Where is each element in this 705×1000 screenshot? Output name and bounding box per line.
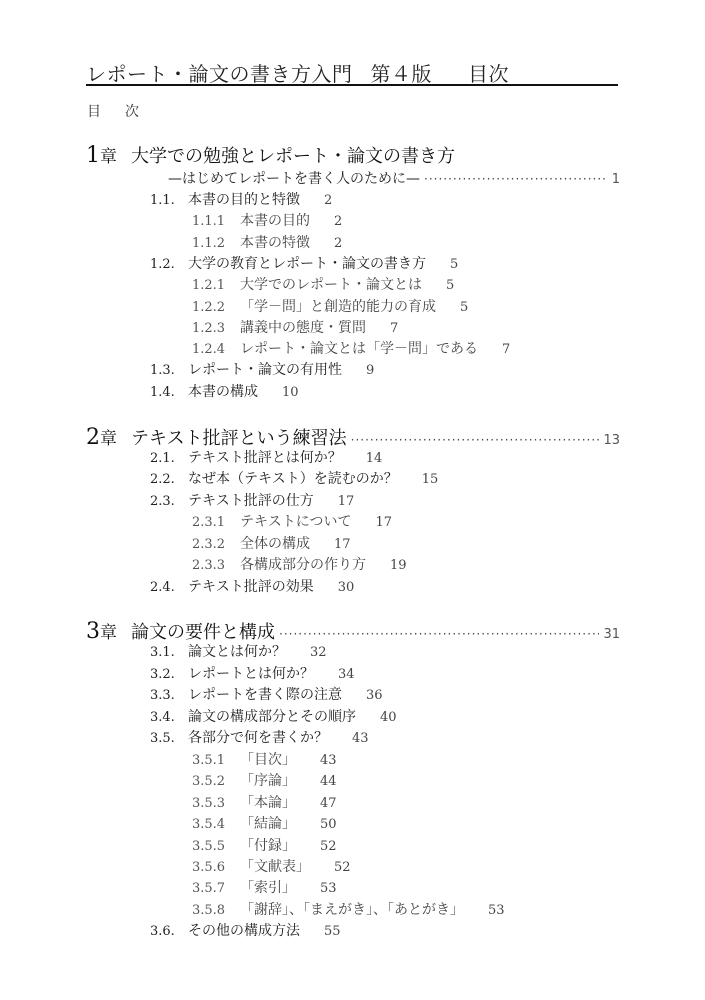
section-number: 3.3.: [150, 688, 188, 703]
section-title: レポートを書く際の注意: [188, 687, 342, 703]
toc-section[interactable]: 3.1.論文とは何か？32: [150, 641, 327, 661]
page-number: 52: [320, 839, 337, 854]
section-number: 1.2.: [150, 257, 188, 272]
section-number: 3.5.: [150, 731, 188, 746]
subsection-number: 2.3.3: [192, 558, 240, 573]
toc-subsection[interactable]: 3.5.2「序論」44: [192, 770, 337, 790]
section-number: 1.4.: [150, 385, 188, 400]
subsection-title: 「目次」: [240, 752, 296, 768]
section-number: 3.6.: [150, 924, 188, 939]
toc-subsection[interactable]: 1.2.1大学でのレポート・論文とは5: [192, 274, 454, 294]
page-number: 34: [338, 667, 355, 682]
subsection-number: 1.2.4: [192, 342, 240, 357]
page-number: 17: [334, 537, 351, 552]
toc-subsection[interactable]: 3.5.7「索引」53: [192, 877, 337, 897]
page-number: 31: [603, 627, 620, 642]
toc-section[interactable]: 2.3.テキスト批評の仕方17: [150, 490, 354, 510]
page-number: 17: [338, 494, 355, 509]
header-section-label: 目次: [468, 62, 509, 86]
section-number: 3.1.: [150, 645, 188, 660]
subsection-number: 2.3.2: [192, 537, 240, 552]
page-number: 1: [612, 172, 620, 187]
toc-heading: 目次: [87, 101, 139, 121]
section-title: テキスト批評の仕方: [188, 493, 314, 509]
chapter-suffix: 章: [100, 618, 117, 643]
chapter-suffix: 章: [100, 424, 117, 449]
toc-chapter-1[interactable]: 1章 大学での勉強とレポート・論文の書き方: [86, 142, 620, 168]
subsection-number: 3.5.4: [192, 817, 240, 832]
subsection-title: 「謝辞」、「まえがき」、「あとがき」: [240, 902, 464, 918]
page-number: 14: [366, 451, 383, 466]
chapter-suffix: 章: [100, 142, 117, 167]
toc-subsection[interactable]: 1.2.3講義中の態度・質問7: [192, 317, 398, 337]
section-title: 本書の目的と特徴: [188, 192, 300, 208]
page-number: 7: [502, 342, 510, 357]
toc-section[interactable]: 3.5.各部分で何を書くか？43: [150, 727, 369, 747]
subsection-title: 本書の目的: [240, 213, 310, 229]
toc-section[interactable]: 1.4.本書の構成10: [150, 381, 299, 401]
toc-subsection[interactable]: 2.3.1テキストについて17: [192, 511, 392, 531]
section-title: レポート・論文の有用性: [188, 362, 342, 378]
section-number: 2.3.: [150, 494, 188, 509]
page-number: 2: [324, 193, 332, 208]
subsection-number: 3.5.3: [192, 796, 240, 811]
leader-dots: [279, 627, 599, 641]
toc-subsection[interactable]: 2.3.2全体の構成17: [192, 533, 351, 553]
toc-subsection[interactable]: 3.5.4「結論」50: [192, 813, 337, 833]
page-number: 53: [320, 881, 337, 896]
page-number: 36: [366, 688, 383, 703]
toc-subsection[interactable]: 1.2.2「学－問」と創造的能力の育成5: [192, 296, 468, 316]
page-number: 50: [320, 817, 337, 832]
page-number: 32: [310, 645, 327, 660]
page-number: 40: [380, 710, 397, 725]
subsection-number: 3.5.1: [192, 753, 240, 768]
subsection-number: 1.1.1: [192, 214, 240, 229]
page-number: 43: [320, 753, 337, 768]
page-number: 44: [320, 774, 337, 789]
subsection-number: 1.2.2: [192, 300, 240, 315]
toc-section[interactable]: 3.3.レポートを書く際の注意36: [150, 684, 383, 704]
page-number: 53: [488, 903, 505, 918]
section-title: その他の構成方法: [188, 923, 300, 939]
toc-subsection[interactable]: 3.5.1「目次」43: [192, 749, 337, 769]
section-number: 1.3.: [150, 363, 188, 378]
toc-heading-char: 次: [125, 104, 139, 120]
toc-subsection[interactable]: 3.5.3「本論」47: [192, 792, 337, 812]
section-number: 2.1.: [150, 451, 188, 466]
page-number: 5: [450, 257, 458, 272]
subsection-number: 3.5.7: [192, 881, 240, 896]
page-number: 2: [334, 236, 342, 251]
subsection-title: 「学－問」と創造的能力の育成: [240, 299, 436, 315]
page-number: 2: [334, 214, 342, 229]
section-title: テキスト批評の効果: [188, 579, 314, 595]
section-number: 1.1.: [150, 193, 188, 208]
subsection-title: 本書の特徴: [240, 235, 310, 251]
page-number: 43: [352, 731, 369, 746]
page-number: 10: [282, 385, 299, 400]
section-title: 本書の構成: [188, 384, 258, 400]
subsection-title: テキストについて: [240, 514, 351, 530]
leader-dots: [351, 433, 600, 447]
toc-section[interactable]: 3.2.レポートとは何か？34: [150, 663, 355, 683]
page-number: 30: [338, 580, 355, 595]
subsection-number: 3.5.2: [192, 774, 240, 789]
page-number: 52: [334, 860, 351, 875]
page-number: 5: [446, 278, 454, 293]
section-number: 3.2.: [150, 667, 188, 682]
section-number: 2.2.: [150, 472, 188, 487]
subsection-title: 「本論」: [240, 795, 296, 811]
book-title: レポート・論文の書き方入門: [86, 62, 353, 86]
toc-section[interactable]: 1.3.レポート・論文の有用性9: [150, 359, 374, 379]
subsection-title: 「索引」: [240, 880, 296, 896]
chapter-subtitle: —はじめてレポートを書く人のために—: [168, 168, 420, 188]
toc-section[interactable]: 3.4.論文の構成部分とその順序40: [150, 706, 397, 726]
subsection-title: 「付録」: [240, 838, 296, 854]
subsection-title: 「文献表」: [240, 859, 310, 875]
toc-subsection[interactable]: 3.5.8「謝辞」、「まえがき」、「あとがき」53: [192, 899, 505, 919]
page-number: 55: [324, 924, 341, 939]
subsection-number: 2.3.1: [192, 515, 240, 530]
toc-subsection[interactable]: 1.1.1本書の目的2: [192, 210, 342, 230]
subsection-number: 1.2.3: [192, 321, 240, 336]
page-number: 7: [390, 321, 398, 336]
subsection-number: 3.5.6: [192, 860, 240, 875]
subsection-title: 「結論」: [240, 816, 296, 832]
subsection-title: 全体の構成: [240, 536, 310, 552]
chapter-number: 1: [86, 143, 100, 168]
subsection-title: 各構成部分の作り方: [240, 557, 366, 573]
toc-section[interactable]: 2.4.テキスト批評の効果30: [150, 576, 354, 596]
page-number: 9: [366, 363, 374, 378]
section-title: 各部分で何を書くか？: [188, 730, 328, 746]
toc-subsection[interactable]: 1.1.2本書の特徴2: [192, 232, 342, 252]
toc-section[interactable]: 1.2.大学の教育とレポート・論文の書き方5: [150, 253, 458, 273]
subsection-title: 「序論」: [240, 773, 296, 789]
page-number: 19: [390, 558, 407, 573]
subsection-number: 3.5.5: [192, 839, 240, 854]
toc-subsection[interactable]: 1.2.4レポート・論文とは「学－問」である7: [192, 338, 510, 358]
subsection-number: 1.1.2: [192, 236, 240, 251]
page-number: 13: [603, 433, 620, 448]
leader-dots: [424, 172, 608, 186]
page-number: 17: [375, 515, 392, 530]
page-number: 5: [460, 300, 468, 315]
section-title: 大学の教育とレポート・論文の書き方: [188, 256, 426, 272]
subsection-title: 大学でのレポート・論文とは: [240, 277, 422, 293]
subsection-number: 1.2.1: [192, 278, 240, 293]
toc-subsection[interactable]: 3.5.5「付録」52: [192, 835, 337, 855]
section-number: 3.4.: [150, 710, 188, 725]
section-title: 論文の構成部分とその順序: [188, 709, 356, 725]
section-title: 論文とは何か？: [188, 644, 286, 660]
subsection-title: 講義中の態度・質問: [240, 320, 366, 336]
toc-chapter-1-subtitle[interactable]: —はじめてレポートを書く人のために— 1: [168, 168, 620, 188]
section-title: なぜ本（テキスト）を読むのか？: [188, 471, 398, 487]
page-number: 15: [422, 472, 439, 487]
toc-subsection[interactable]: 3.5.6「文献表」52: [192, 856, 351, 876]
header-rule: [86, 84, 618, 86]
toc-section[interactable]: 2.2.なぜ本（テキスト）を読むのか？15: [150, 468, 438, 488]
toc-section[interactable]: 2.1.テキスト批評とは何か？14: [150, 447, 382, 467]
chapter-number: 2: [86, 425, 100, 450]
section-number: 2.4.: [150, 580, 188, 595]
toc-heading-char: 目: [87, 104, 101, 120]
section-title: レポートとは何か？: [188, 666, 314, 682]
chapter-number: 3: [86, 619, 100, 644]
page-number: 47: [320, 796, 337, 811]
chapter-title: 大学での勉強とレポート・論文の書き方: [131, 142, 455, 168]
page-header: レポート・論文の書き方入門第４版目次: [86, 58, 618, 87]
toc-section[interactable]: 3.6.その他の構成方法55: [150, 920, 341, 940]
toc-section[interactable]: 1.1.本書の目的と特徴2: [150, 189, 332, 209]
subsection-title: レポート・論文とは「学－問」である: [240, 341, 478, 357]
edition-label: 第４版: [371, 62, 433, 86]
section-title: テキスト批評とは何か？: [188, 450, 342, 466]
subsection-number: 3.5.8: [192, 903, 240, 918]
toc-subsection[interactable]: 2.3.3各構成部分の作り方19: [192, 554, 407, 574]
